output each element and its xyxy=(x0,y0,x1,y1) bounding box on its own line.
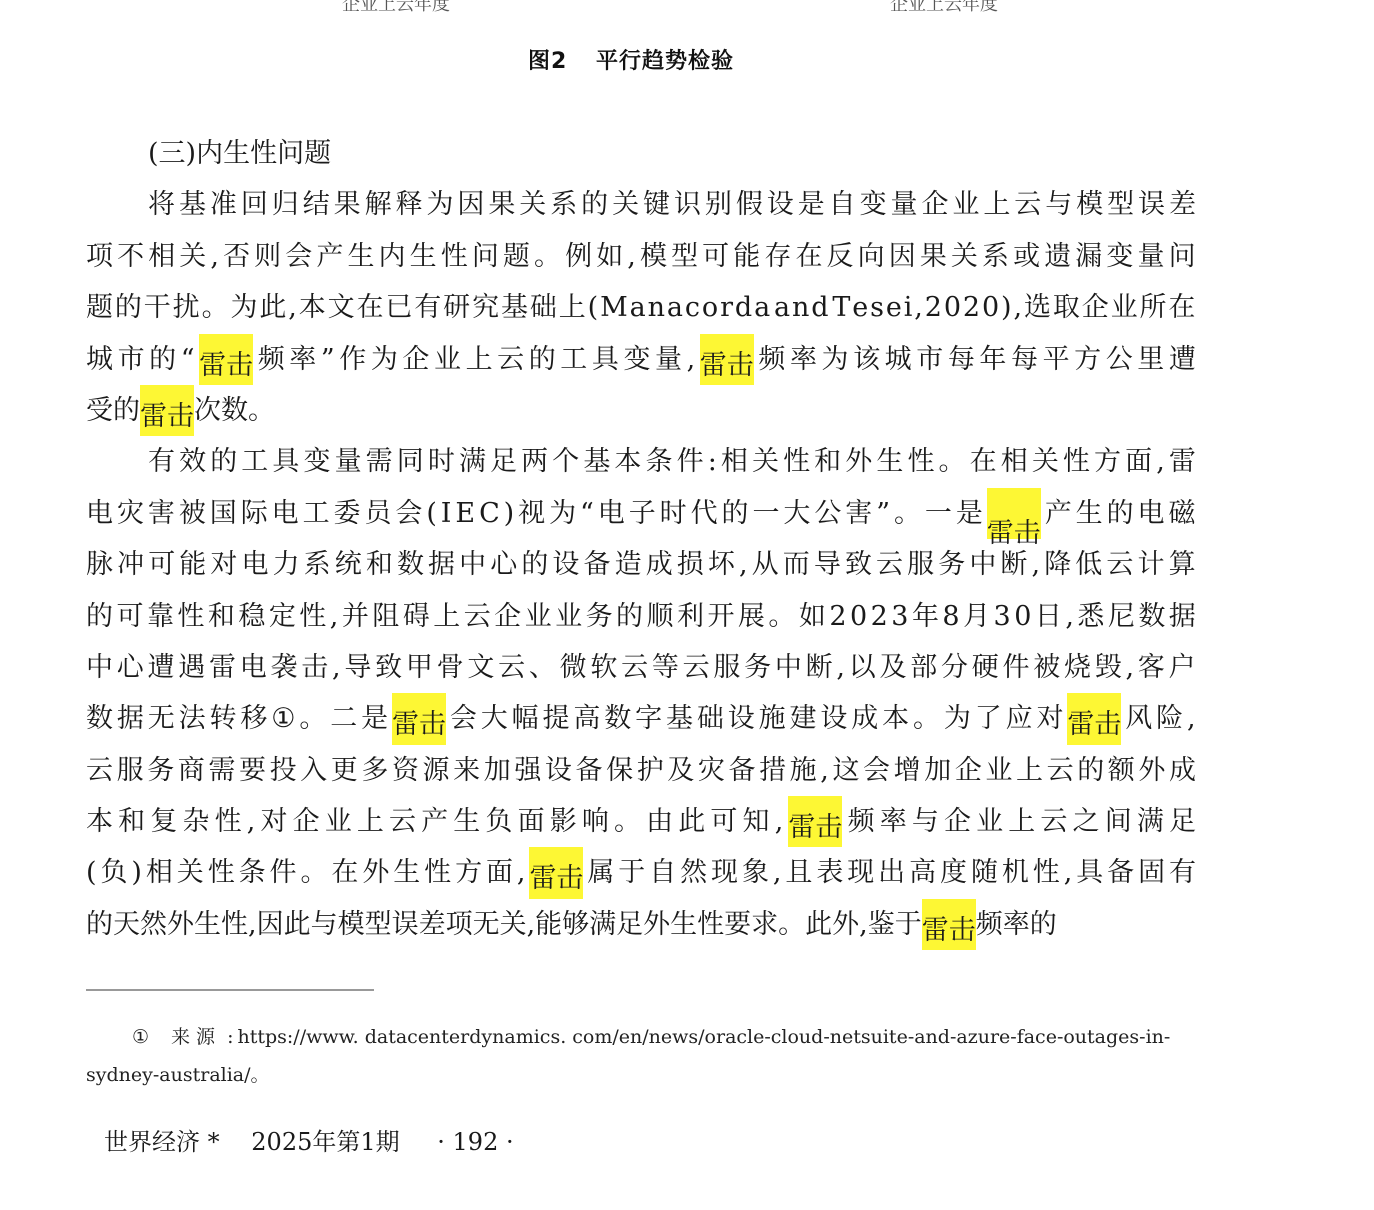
highlighted-term: 雷击 xyxy=(1067,693,1121,744)
paragraph-2-line: 云服务商需要投入更多资源来加强设备保护及灾备措施,这会增加企业上云的额外成 xyxy=(86,745,1196,796)
journal-issue: 2025年第1期 xyxy=(251,1122,399,1157)
highlighted-term: 雷击 xyxy=(392,693,446,744)
highlighted-term: 雷击 xyxy=(529,847,583,898)
highlighted-term: 雷击 xyxy=(140,385,194,436)
paragraph-2-line: 的可靠性和稳定性,并阻碍上云企业业务的顺利开展。如2023年8月30日,悉尼数据 xyxy=(86,591,1196,642)
footnote-line-2: sydney-australia/。 xyxy=(86,1056,1196,1094)
highlighted-term: 雷击 xyxy=(922,899,976,950)
running-footer: 世界经济 * 2025年第1期 · 192 · xyxy=(104,1122,514,1157)
paragraph-1-line: 项不相关,否则会产生内生性问题。例如,模型可能存在反向因果关系或遗漏变量问 xyxy=(86,231,1196,282)
paragraph-1-line: 受的雷击次数。 xyxy=(86,385,1196,436)
footnote-label: 来源 xyxy=(171,1018,221,1056)
highlighted-term: 雷击 xyxy=(199,334,253,385)
paragraph-2-line: 有效的工具变量需同时满足两个基本条件:相关性和外生性。在相关性方面,雷 xyxy=(86,436,1196,487)
paragraph-2-line: 本和复杂性,对企业上云产生负面影响。由此可知,雷击频率与企业上云之间满足 xyxy=(86,796,1196,847)
highlighted-term: 雷击 xyxy=(700,334,754,385)
footnote-separator: : xyxy=(227,1018,233,1056)
footnote-divider xyxy=(86,989,374,991)
paragraphs: 将基准回归结果解释为因果关系的关键识别假设是自变量企业上云与模型误差项不相关,否… xyxy=(86,179,1196,950)
paragraph-1-line: 城市的“雷击频率”作为企业上云的工具变量,雷击频率为该城市每年每平方公里遭 xyxy=(86,334,1196,385)
highlighted-term: 雷击 xyxy=(788,796,842,847)
paragraph-1-line: 将基准回归结果解释为因果关系的关键识别假设是自变量企业上云与模型误差 xyxy=(86,179,1196,230)
footnote-url-part1[interactable]: https://www. datacenterdynamics. com/en/… xyxy=(237,1018,1170,1056)
footnote: ① 来源 : https://www. datacenterdynamics. … xyxy=(86,1018,1196,1094)
paragraph-2-line: 中心遭遇雷电袭击,导致甲骨文云、微软云等云服务中断,以及部分硬件被烧毁,客户 xyxy=(86,642,1196,693)
figure-caption: 图2 平行趋势检验 xyxy=(528,44,734,75)
paragraph-1-line: 题的干扰。为此,本文在已有研究基础上(Manacorda and Tesei,2… xyxy=(86,282,1196,333)
figure-axis-label-right: 企业上云年度 xyxy=(890,0,998,16)
section-heading: (三)内生性问题 xyxy=(86,128,1196,179)
footnote-line-1: ① 来源 : https://www. datacenterdynamics. … xyxy=(86,1018,1196,1056)
highlighted-term: 雷击 xyxy=(987,488,1041,539)
paragraph-2-line: 电灾害被国际电工委员会(IEC)视为“电子时代的一大公害”。一是雷击产生的电磁 xyxy=(86,488,1196,539)
figure-title: 平行趋势检验 xyxy=(596,49,734,74)
paragraph-2-line: 数据无法转移①。二是雷击会大幅提高数字基础设施建设成本。为了应对雷击风险, xyxy=(86,693,1196,744)
footnote-url-part2[interactable]: sydney-australia/。 xyxy=(86,1056,270,1094)
paragraph-2-line: 的天然外生性,因此与模型误差项无关,能够满足外生性要求。此外,鉴于雷击频率的 xyxy=(86,899,1196,950)
figure-number: 图2 xyxy=(528,49,567,74)
journal-name: 世界经济 * xyxy=(104,1122,220,1157)
paragraph-2-line: (负)相关性条件。在外生性方面,雷击属于自然现象,且表现出高度随机性,具备固有 xyxy=(86,847,1196,898)
article-body: (三)内生性问题 将基准回归结果解释为因果关系的关键识别假设是自变量企业上云与模… xyxy=(86,128,1196,950)
figure-axis-label-left: 企业上云年度 xyxy=(342,0,450,16)
page-number: · 192 · xyxy=(437,1128,513,1156)
footnote-mark: ① xyxy=(132,1018,149,1056)
